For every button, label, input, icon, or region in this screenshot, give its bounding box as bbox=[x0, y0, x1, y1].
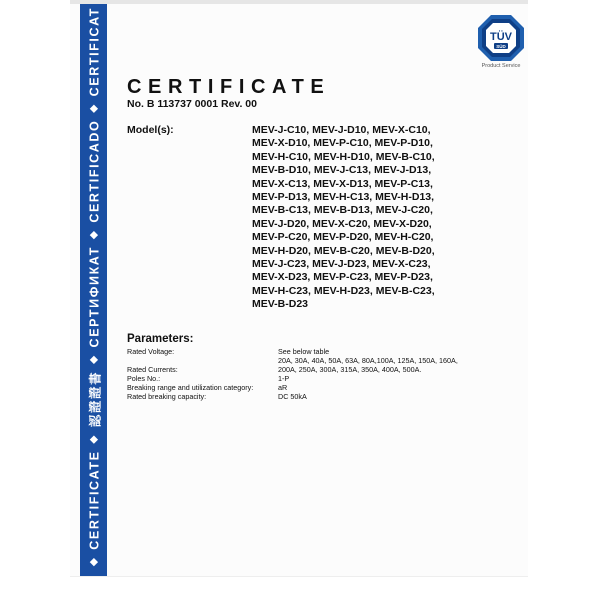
band-item: CERTIFICATE bbox=[87, 450, 101, 549]
diamond-icon: ◆ bbox=[88, 557, 99, 566]
tuv-sud-logo: TÜV SÜD bbox=[477, 14, 525, 62]
parameter-row: 20A, 30A, 40A, 50A, 63A, 80A,100A, 125A,… bbox=[127, 356, 488, 365]
models-label: Model(s): bbox=[127, 124, 174, 136]
model-line: MEV-J-C23, MEV-J-D23, MEV-X-C23, bbox=[252, 258, 482, 271]
model-line: MEV-B-D23 bbox=[252, 298, 482, 311]
parameter-label: Poles No.: bbox=[127, 374, 278, 383]
band-text: ◆ CERTIFICATE ◆ 認證證書 ◆ СЕРТИФИКАТ ◆ CERT… bbox=[80, 4, 107, 576]
parameter-value: aR bbox=[278, 383, 488, 392]
parameter-value: See below table bbox=[278, 347, 488, 356]
parameter-label bbox=[127, 356, 278, 365]
model-line: MEV-P-C20, MEV-P-D20, MEV-H-C20, bbox=[252, 231, 482, 244]
tuv-sud-octagon-icon: TÜV SÜD bbox=[477, 14, 525, 62]
model-line: MEV-J-D20, MEV-X-C20, MEV-X-D20, bbox=[252, 218, 482, 231]
parameter-row: Poles No.:1-P bbox=[127, 374, 488, 383]
parameter-row: Rated Currents:200A, 250A, 300A, 315A, 3… bbox=[127, 365, 488, 374]
model-line: MEV-B-C13, MEV-B-D13, MEV-J-C20, bbox=[252, 204, 482, 217]
diamond-icon: ◆ bbox=[88, 103, 99, 112]
model-line: MEV-X-C13, MEV-X-D13, MEV-P-C13, bbox=[252, 178, 482, 191]
svg-text:TÜV: TÜV bbox=[490, 30, 513, 43]
parameter-label: Rated Voltage: bbox=[127, 347, 278, 356]
band-item: CERTIFICAT bbox=[87, 7, 101, 96]
parameter-value: 200A, 250A, 300A, 315A, 350A, 400A, 500A… bbox=[278, 365, 488, 374]
model-line: MEV-X-D23, MEV-P-C23, MEV-P-D23, bbox=[252, 271, 482, 284]
model-line: MEV-P-D13, MEV-H-C13, MEV-H-D13, bbox=[252, 191, 482, 204]
model-line: MEV-B-D10, MEV-J-C13, MEV-J-D13, bbox=[252, 164, 482, 177]
parameter-value: 20A, 30A, 40A, 50A, 63A, 80A,100A, 125A,… bbox=[278, 356, 488, 365]
model-line: MEV-X-D10, MEV-P-C10, MEV-P-D10, bbox=[252, 137, 482, 150]
band-item: CERTIFICADO bbox=[87, 120, 101, 223]
diamond-icon: ◆ bbox=[88, 230, 99, 239]
model-line: MEV-H-D20, MEV-B-C20, MEV-B-D20, bbox=[252, 245, 482, 258]
logo-caption: Product Service bbox=[478, 63, 524, 69]
parameters-table: Rated Voltage:See below table20A, 30A, 4… bbox=[127, 347, 488, 402]
parameter-row: Breaking range and utilization category:… bbox=[127, 383, 488, 392]
page-top-edge bbox=[70, 0, 528, 4]
parameter-row: Rated Voltage:See below table bbox=[127, 347, 488, 356]
parameter-label: Breaking range and utilization category: bbox=[127, 383, 278, 392]
parameter-label: Rated breaking capacity: bbox=[127, 392, 278, 401]
parameter-value: DC 50kA bbox=[278, 392, 488, 401]
diamond-icon: ◆ bbox=[88, 434, 99, 443]
models-list: MEV-J-C10, MEV-J-D10, MEV-X-C10,MEV-X-D1… bbox=[252, 124, 482, 312]
parameter-value: 1-P bbox=[278, 374, 488, 383]
certificate-number: No. B 113737 0001 Rev. 00 bbox=[127, 98, 257, 110]
svg-text:SÜD: SÜD bbox=[496, 43, 506, 49]
model-line: MEV-H-C23, MEV-H-D23, MEV-B-C23, bbox=[252, 285, 482, 298]
parameter-row: Rated breaking capacity:DC 50kA bbox=[127, 392, 488, 401]
diamond-icon: ◆ bbox=[88, 354, 99, 363]
band-item: 認證證書 bbox=[85, 371, 103, 427]
certificate-title: CERTIFICATE bbox=[127, 76, 330, 99]
parameters-title: Parameters: bbox=[127, 333, 193, 345]
band-item: СЕРТИФИКАТ bbox=[87, 246, 101, 347]
certificate-side-band: ◆ CERTIFICATE ◆ 認證證書 ◆ СЕРТИФИКАТ ◆ CERT… bbox=[80, 4, 107, 576]
model-line: MEV-H-C10, MEV-H-D10, MEV-B-C10, bbox=[252, 151, 482, 164]
model-line: MEV-J-C10, MEV-J-D10, MEV-X-C10, bbox=[252, 124, 482, 137]
parameter-label: Rated Currents: bbox=[127, 365, 278, 374]
